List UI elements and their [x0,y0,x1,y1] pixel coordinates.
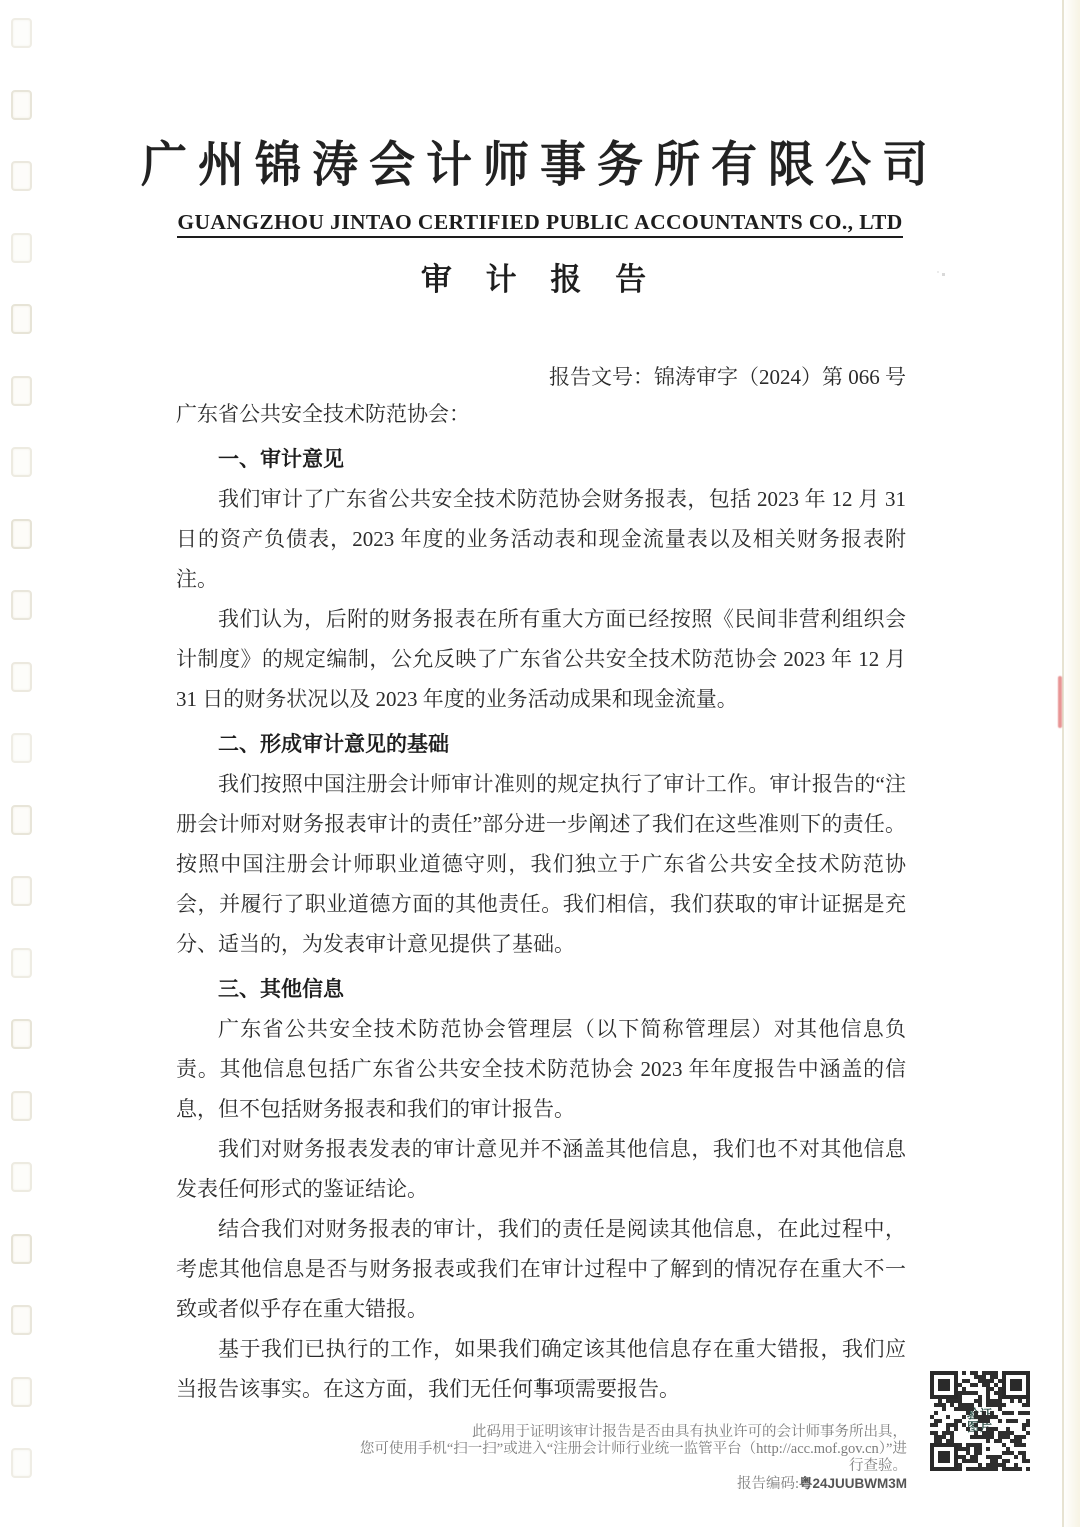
report-code-label: 报告编码: [737,1476,799,1492]
addressee: 广东省公共安全技术防范协会： [176,394,906,434]
qr-finder-icon [1002,1371,1030,1399]
report-number: 报告文号：锦涛审字（2024）第 066 号 [176,361,906,391]
section-heading: 一、审计意见 [176,439,906,479]
firm-name-chinese: 广州锦涛会计师事务所有限公司 [100,126,980,195]
section-audit-opinion: 一、审计意见 我们审计了广东省公共安全技术防范协会财务报表，包括 2023 年 … [176,439,906,719]
page-number: - 1 - [176,1374,906,1394]
paragraph: 结合我们对财务报表的审计，我们的责任是阅读其他信息，在此过程中，考虑其他信息是否… [176,1209,906,1329]
page-edge-line [1062,0,1064,1527]
verification-note: 此码用于证明该审计报告是否由具有执业许可的会计师事务所出具， 您可使用手机“扫一… [347,1424,907,1493]
qr-finder-icon [930,1443,958,1471]
section-basis-for-opinion: 二、形成审计意见的基础 我们按照中国注册会计师审计准则的规定执行了审计工作。审计… [176,724,906,964]
section-other-information: 三、其他信息 广东省公共安全技术防范协会管理层（以下简称管理层）对其他信息负责。… [176,969,906,1409]
section-heading: 三、其他信息 [176,969,906,1009]
page-edge-band [1063,0,1080,1527]
report-body: 广东省公共安全技术防范协会： 一、审计意见 我们审计了广东省公共安全技术防范协会… [176,394,906,1409]
paragraph: 我们认为，后附的财务报表在所有重大方面已经按照《民间非营利组织会计制度》的规定编… [176,599,906,719]
qr-finder-icon [930,1371,958,1399]
verification-note-line1: 此码用于证明该审计报告是否由具有执业许可的会计师事务所出具， [347,1424,907,1441]
document-title: 审 计 报 告 [100,254,980,299]
qr-code: 验证 图片 [930,1371,1030,1471]
audit-report-page: { "header": { "firm_name_cn": "广州锦涛会计师事务… [0,0,1080,1527]
verification-note-line2: 您可使用手机“扫一扫”或进入“注册会计师行业统一监管平台（http://acc.… [347,1441,907,1475]
paragraph: 我们审计了广东省公共安全技术防范协会财务报表，包括 2023 年 12 月 31… [176,479,906,599]
letterhead: 广州锦涛会计师事务所有限公司 GUANGZHOU JINTAO CERTIFIE… [100,128,980,299]
paragraph: 基于我们已执行的工作，如果我们确定该其他信息存在重大错报，我们应当报告该事实。在… [176,1329,906,1409]
report-code: 粤24JUUBWM3M [799,1476,907,1491]
red-edge-mark [1058,676,1062,728]
firm-name-english: GUANGZHOU JINTAO CERTIFIED PUBLIC ACCOUN… [177,210,902,238]
paragraph: 我们对财务报表发表的审计意见并不涵盖其他信息，我们也不对其他信息发表任何形式的鉴… [176,1129,906,1209]
paragraph: 我们按照中国注册会计师审计准则的规定执行了审计工作。审计报告的“注册会计师对财务… [176,764,906,964]
binder-holes-strip [0,0,46,1527]
report-code-line: 报告编码:粤24JUUBWM3M [347,1475,907,1493]
paragraph: 广东省公共安全技术防范协会管理层（以下简称管理层）对其他信息负责。其他信息包括广… [176,1009,906,1129]
section-heading: 二、形成审计意见的基础 [176,724,906,764]
